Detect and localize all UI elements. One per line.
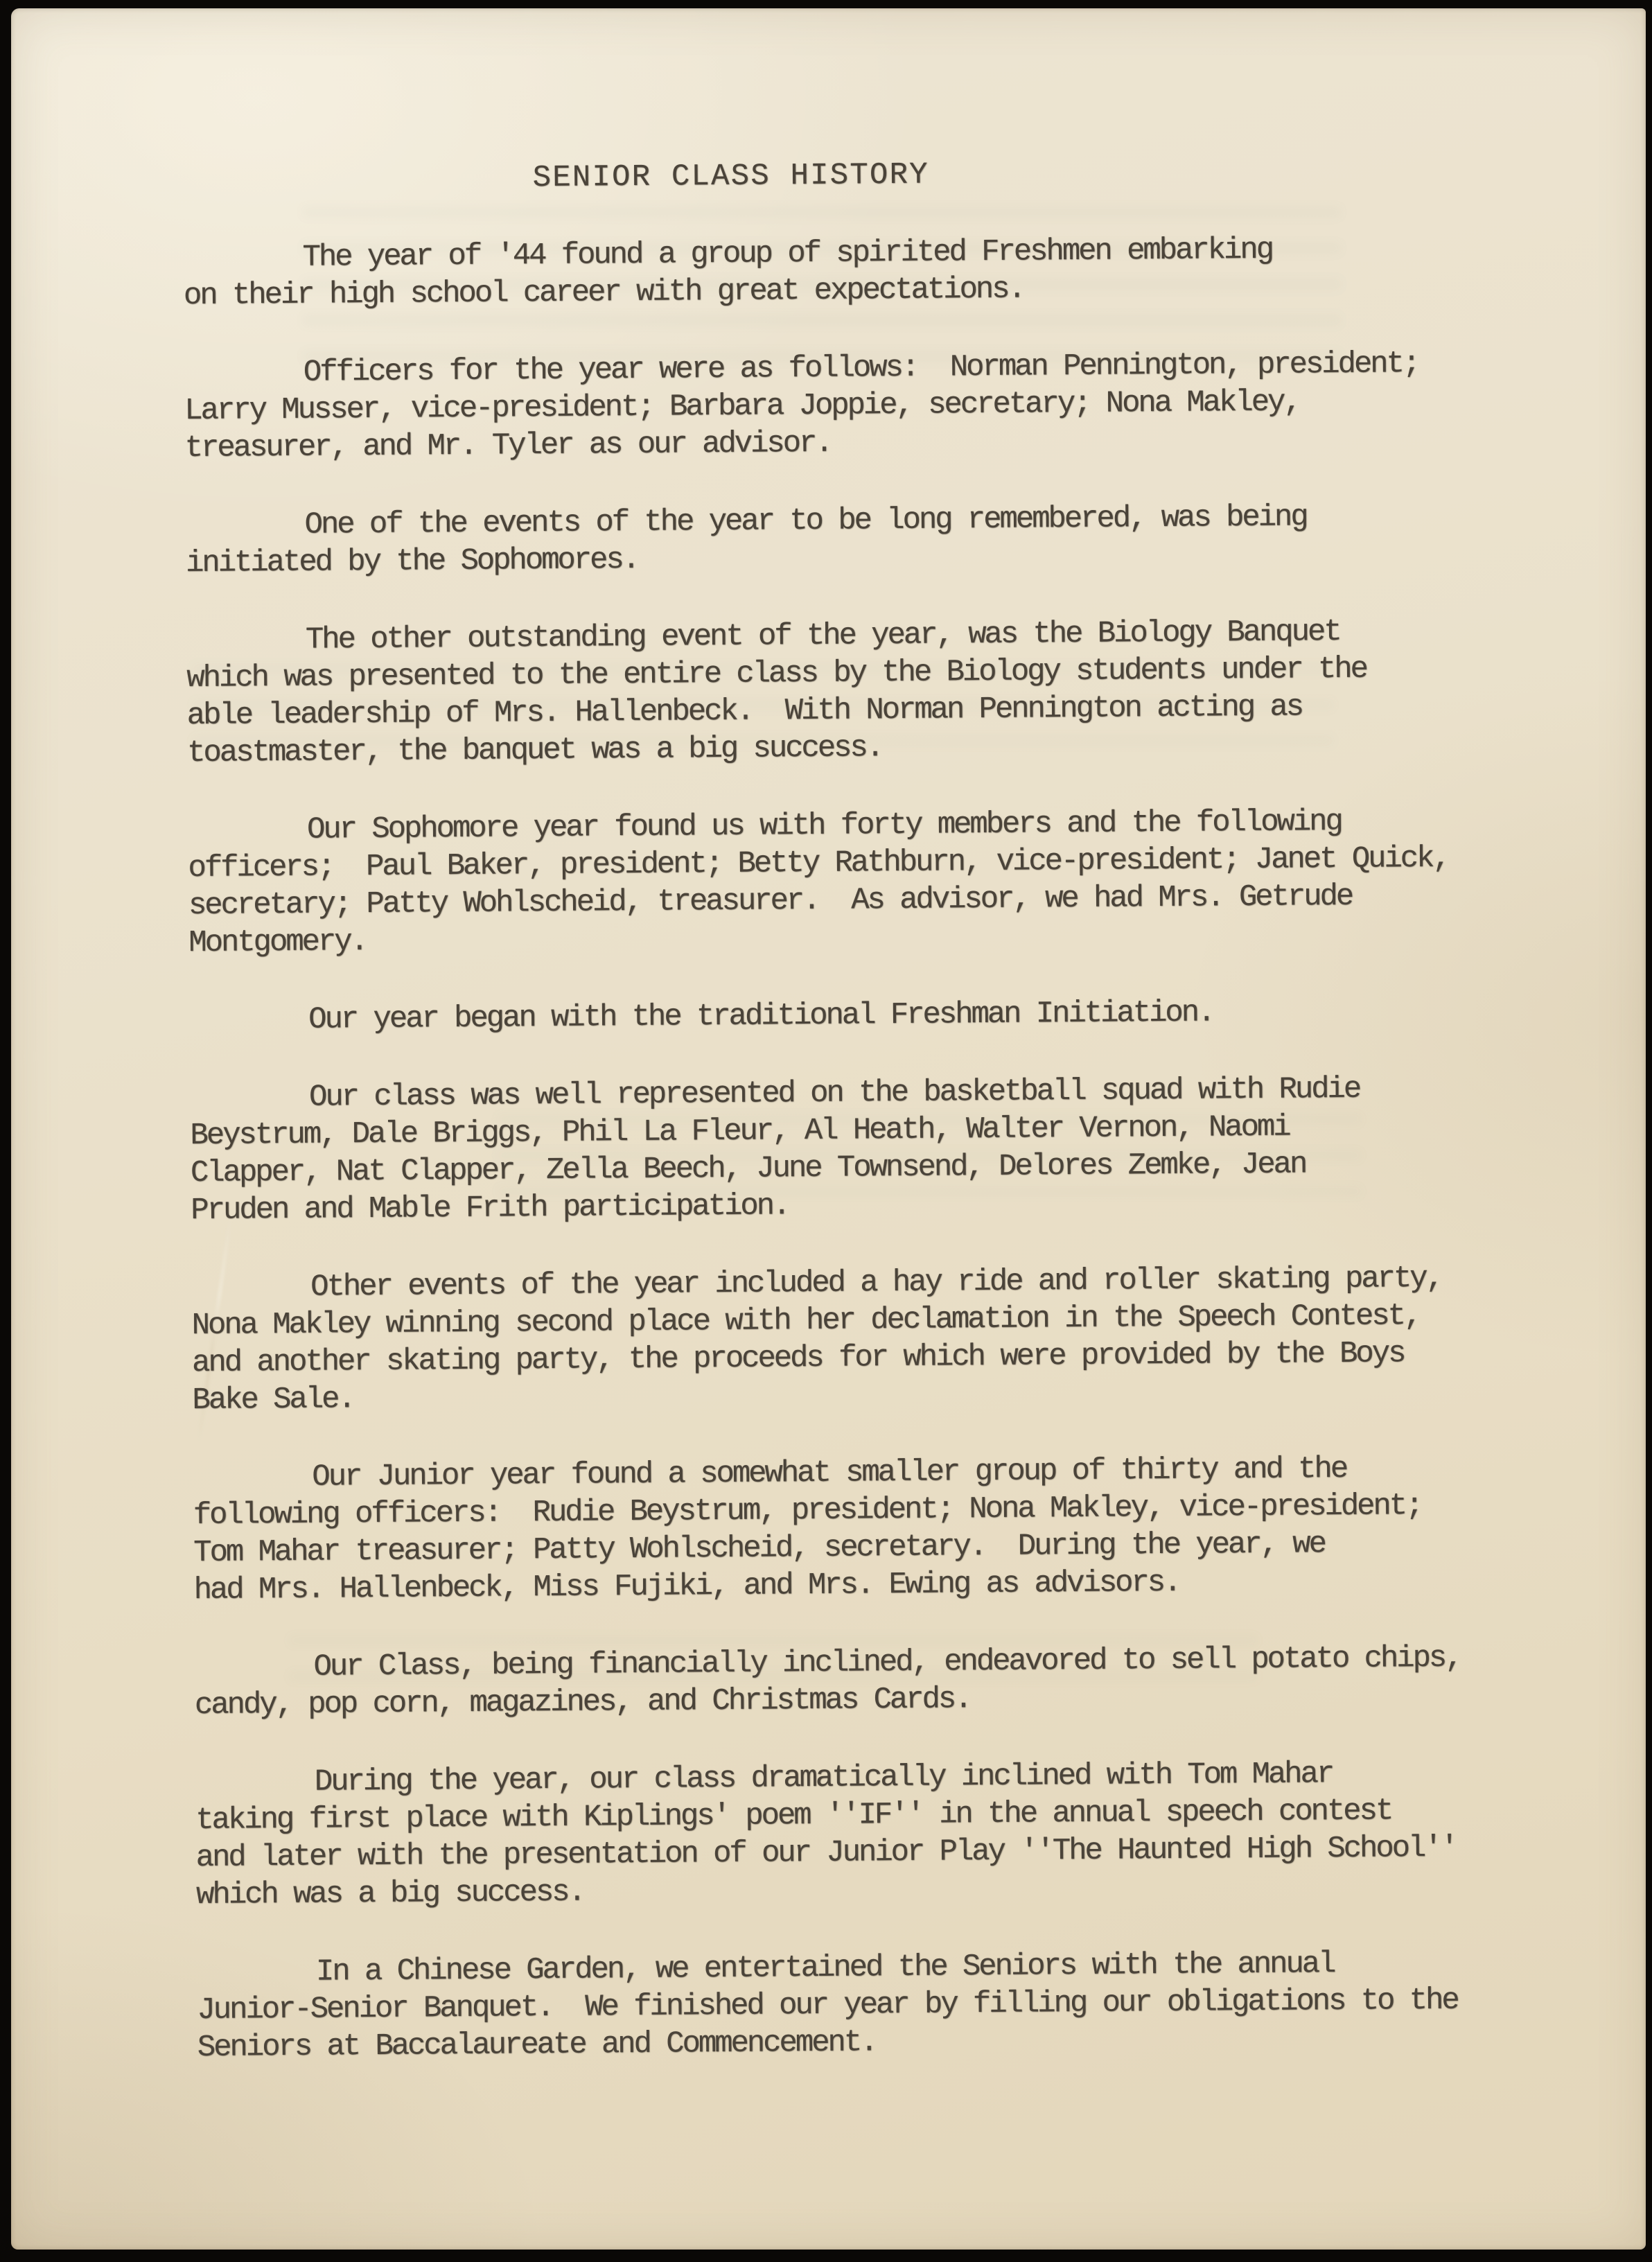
paragraph-8: Other events of the year included a hay … [191, 1259, 1509, 1419]
document-body: SENIOR CLASS HISTORY The year of '44 fou… [182, 152, 1514, 2107]
paper-sheet: SENIOR CLASS HISTORY The year of '44 fou… [11, 8, 1646, 2250]
paragraph-10: Our Class, being financially inclined, e… [194, 1639, 1511, 1724]
paragraph-2: Officers for the year were as follows: N… [184, 344, 1502, 467]
paragraph-7: Our class was well represented on the ba… [190, 1069, 1508, 1229]
paragraph-3: One of the events of the year to be long… [185, 497, 1502, 582]
paragraph-1: The year of '44 found a group of spirite… [183, 229, 1500, 315]
paragraph-12: In a Chinese Garden, we entertained the … [197, 1944, 1514, 2067]
paragraph-5: Our Sophomore year found us with forty m… [188, 802, 1506, 962]
paragraph-9: Our Junior year found a somewhat smaller… [193, 1449, 1511, 1609]
paragraph-4: The other outstanding event of the year,… [186, 612, 1504, 772]
document-title: SENIOR CLASS HISTORY [182, 152, 1499, 200]
paragraph-11: During the year, our class dramatically … [195, 1754, 1513, 1914]
scanned-page: SENIOR CLASS HISTORY The year of '44 fou… [0, 0, 1652, 2262]
paragraph-6: Our year began with the traditional Fres… [189, 992, 1506, 1040]
